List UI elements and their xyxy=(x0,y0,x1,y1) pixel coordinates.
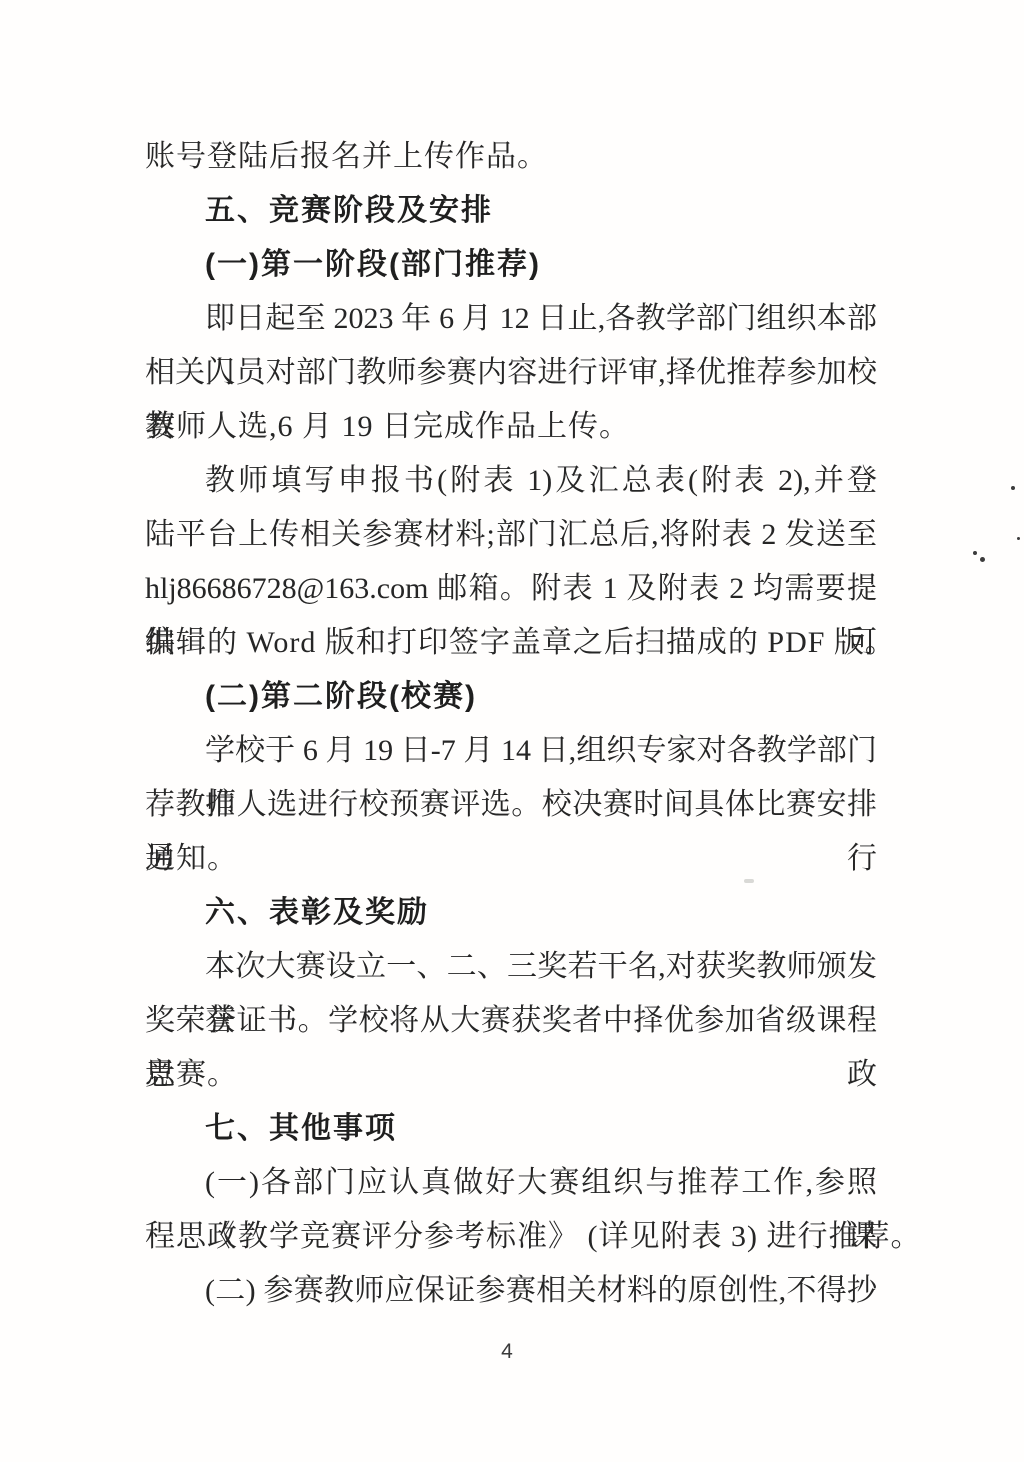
heading-line: 七、其他事项 xyxy=(145,1102,877,1156)
heading-line: 六、表彰及奖励 xyxy=(145,886,877,940)
text-line: (一)各部门应认真做好大赛组织与推荐工作,参照《课 xyxy=(145,1156,877,1210)
text-line: 学校于 6 月 19 日-7 月 14 日,组织专家对各教学部门推 xyxy=(145,724,877,778)
text-line: 程思政教学竞赛评分参考标准》 (详见附表 3) 进行推荐。 xyxy=(145,1210,877,1264)
scan-speckle xyxy=(980,557,985,562)
text-line: 奖荣誉证书。学校将从大赛获奖者中择优参加省级课程思政 xyxy=(145,994,877,1048)
text-line: 编辑的 Word 版和打印签字盖章之后扫描成的 PDF 版。 xyxy=(145,616,877,670)
text-line: 教师人选,6 月 19 日完成作品上传。 xyxy=(145,400,877,454)
document-body: 账号登陆后报名并上传作品。五、竞赛阶段及安排(一)第一阶段(部门推荐)即日起至 … xyxy=(145,130,877,1318)
text-line: 教师填写申报书(附表 1)及汇总表(附表 2),并登 xyxy=(145,454,877,508)
text-line: 本次大赛设立一、二、三奖若干名,对获奖教师颁发获 xyxy=(145,940,877,994)
scan-speckle xyxy=(1017,537,1020,540)
heading-line: 五、竞赛阶段及安排 xyxy=(145,184,877,238)
scan-speckle xyxy=(1011,486,1015,490)
scan-speckle xyxy=(973,551,977,555)
scanned-document-page: 账号登陆后报名并上传作品。五、竞赛阶段及安排(一)第一阶段(部门推荐)即日起至 … xyxy=(0,0,1024,1462)
text-line: hlj86686728@163.com 邮箱。附表 1 及附表 2 均需要提供可 xyxy=(145,562,877,616)
scan-smudge xyxy=(744,879,754,883)
text-line: (二) 参赛教师应保证参赛相关材料的原创性,不得抄 xyxy=(145,1264,877,1318)
text-line: 荐教师人选进行校预赛评选。校决赛时间具体比赛安排另行 xyxy=(145,778,877,832)
text-line: 账号登陆后报名并上传作品。 xyxy=(145,130,877,184)
text-line: 即日起至 2023 年 6 月 12 日止,各教学部门组织本部门 xyxy=(145,292,877,346)
text-line: 相关人员对部门教师参赛内容进行评审,择优推荐参加校赛 xyxy=(145,346,877,400)
heading-line: (一)第一阶段(部门推荐) xyxy=(145,238,877,292)
heading-line: (二)第二阶段(校赛) xyxy=(145,670,877,724)
text-line: 陆平台上传相关参赛材料;部门汇总后,将附表 2 发送至 xyxy=(145,508,877,562)
page-number: 4 xyxy=(0,1340,1014,1364)
